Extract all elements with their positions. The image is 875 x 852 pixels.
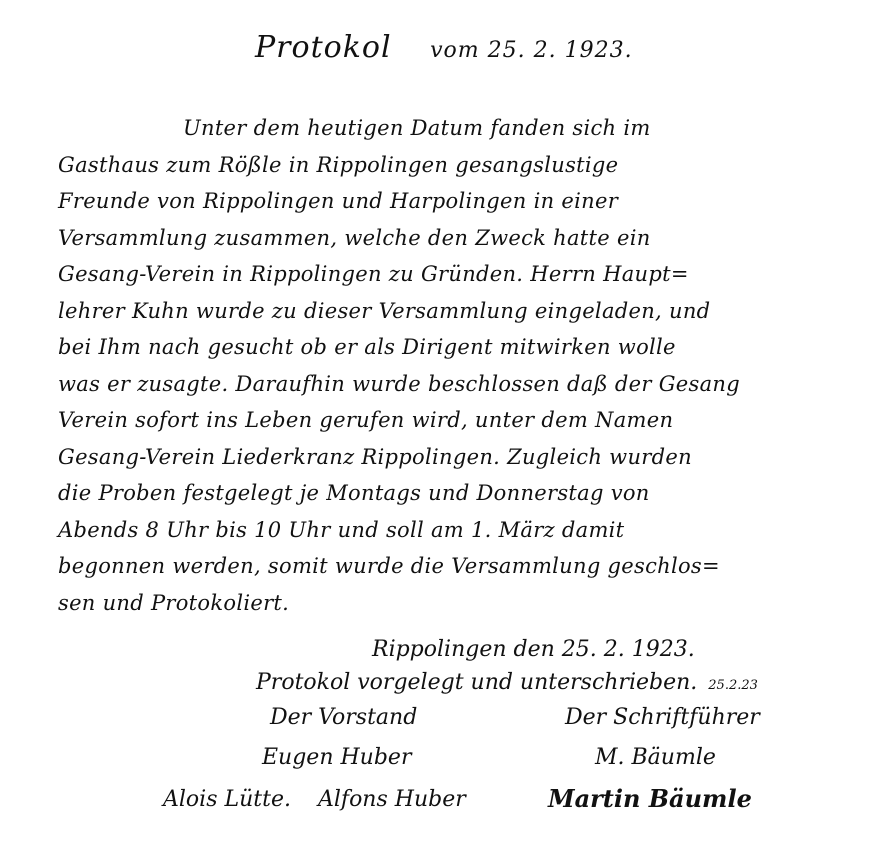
- body-line: Gasthaus zum Rößle in Rippolingen gesang…: [58, 147, 838, 184]
- body-line: Verein sofort ins Leben gerufen wird, un…: [58, 402, 838, 439]
- title-word: Protokol: [255, 30, 392, 65]
- body-line: sen und Protokoliert.: [58, 585, 838, 622]
- chairman-signature: Eugen Huber: [262, 745, 411, 770]
- body-line: Freunde von Rippolingen und Harpolingen …: [58, 183, 838, 220]
- body-line: lehrer Kuhn wurde zu dieser Versammlung …: [58, 293, 838, 330]
- secretary-label: Der Schriftführer: [565, 705, 760, 730]
- protocol-body: Unter dem heutigen Datum fanden sich im …: [58, 110, 838, 621]
- body-line: begonnen werden, somit wurde die Versamm…: [58, 548, 838, 585]
- signature-martin-baeumle: Martin Bäumle: [548, 784, 752, 813]
- place-and-date: Rippolingen den 25. 2. 1923.: [372, 637, 695, 662]
- title-date: vom 25. 2. 1923.: [430, 38, 632, 63]
- signature-alois-luette: Alois Lütte.: [163, 787, 291, 812]
- secretary-signature: M. Bäumle: [595, 745, 716, 770]
- document-title: Protokol vom 25. 2. 1923.: [255, 30, 633, 65]
- approval-stamp-date: 25.2.23: [708, 678, 758, 693]
- signature-alfons-huber: Alfons Huber: [318, 787, 466, 812]
- body-line: Gesang-Verein in Rippolingen zu Gründen.…: [58, 256, 838, 293]
- body-line: Versammlung zusammen, welche den Zweck h…: [58, 220, 838, 257]
- body-line: Unter dem heutigen Datum fanden sich im: [58, 110, 838, 147]
- body-line: was er zusagte. Daraufhin wurde beschlos…: [58, 366, 838, 403]
- body-line: Abends 8 Uhr bis 10 Uhr und soll am 1. M…: [58, 512, 838, 549]
- chairman-label: Der Vorstand: [270, 705, 417, 730]
- handwritten-protocol-page: Protokol vom 25. 2. 1923. Unter dem heut…: [0, 0, 875, 852]
- approval-line: Protokol vorgelegt und unterschrieben. 2…: [256, 670, 758, 695]
- approval-text: Protokol vorgelegt und unterschrieben.: [256, 670, 697, 695]
- body-line: bei Ihm nach gesucht ob er als Dirigent …: [58, 329, 838, 366]
- body-line: Gesang-Verein Liederkranz Rippolingen. Z…: [58, 439, 838, 476]
- body-line: die Proben festgelegt je Montags und Don…: [58, 475, 838, 512]
